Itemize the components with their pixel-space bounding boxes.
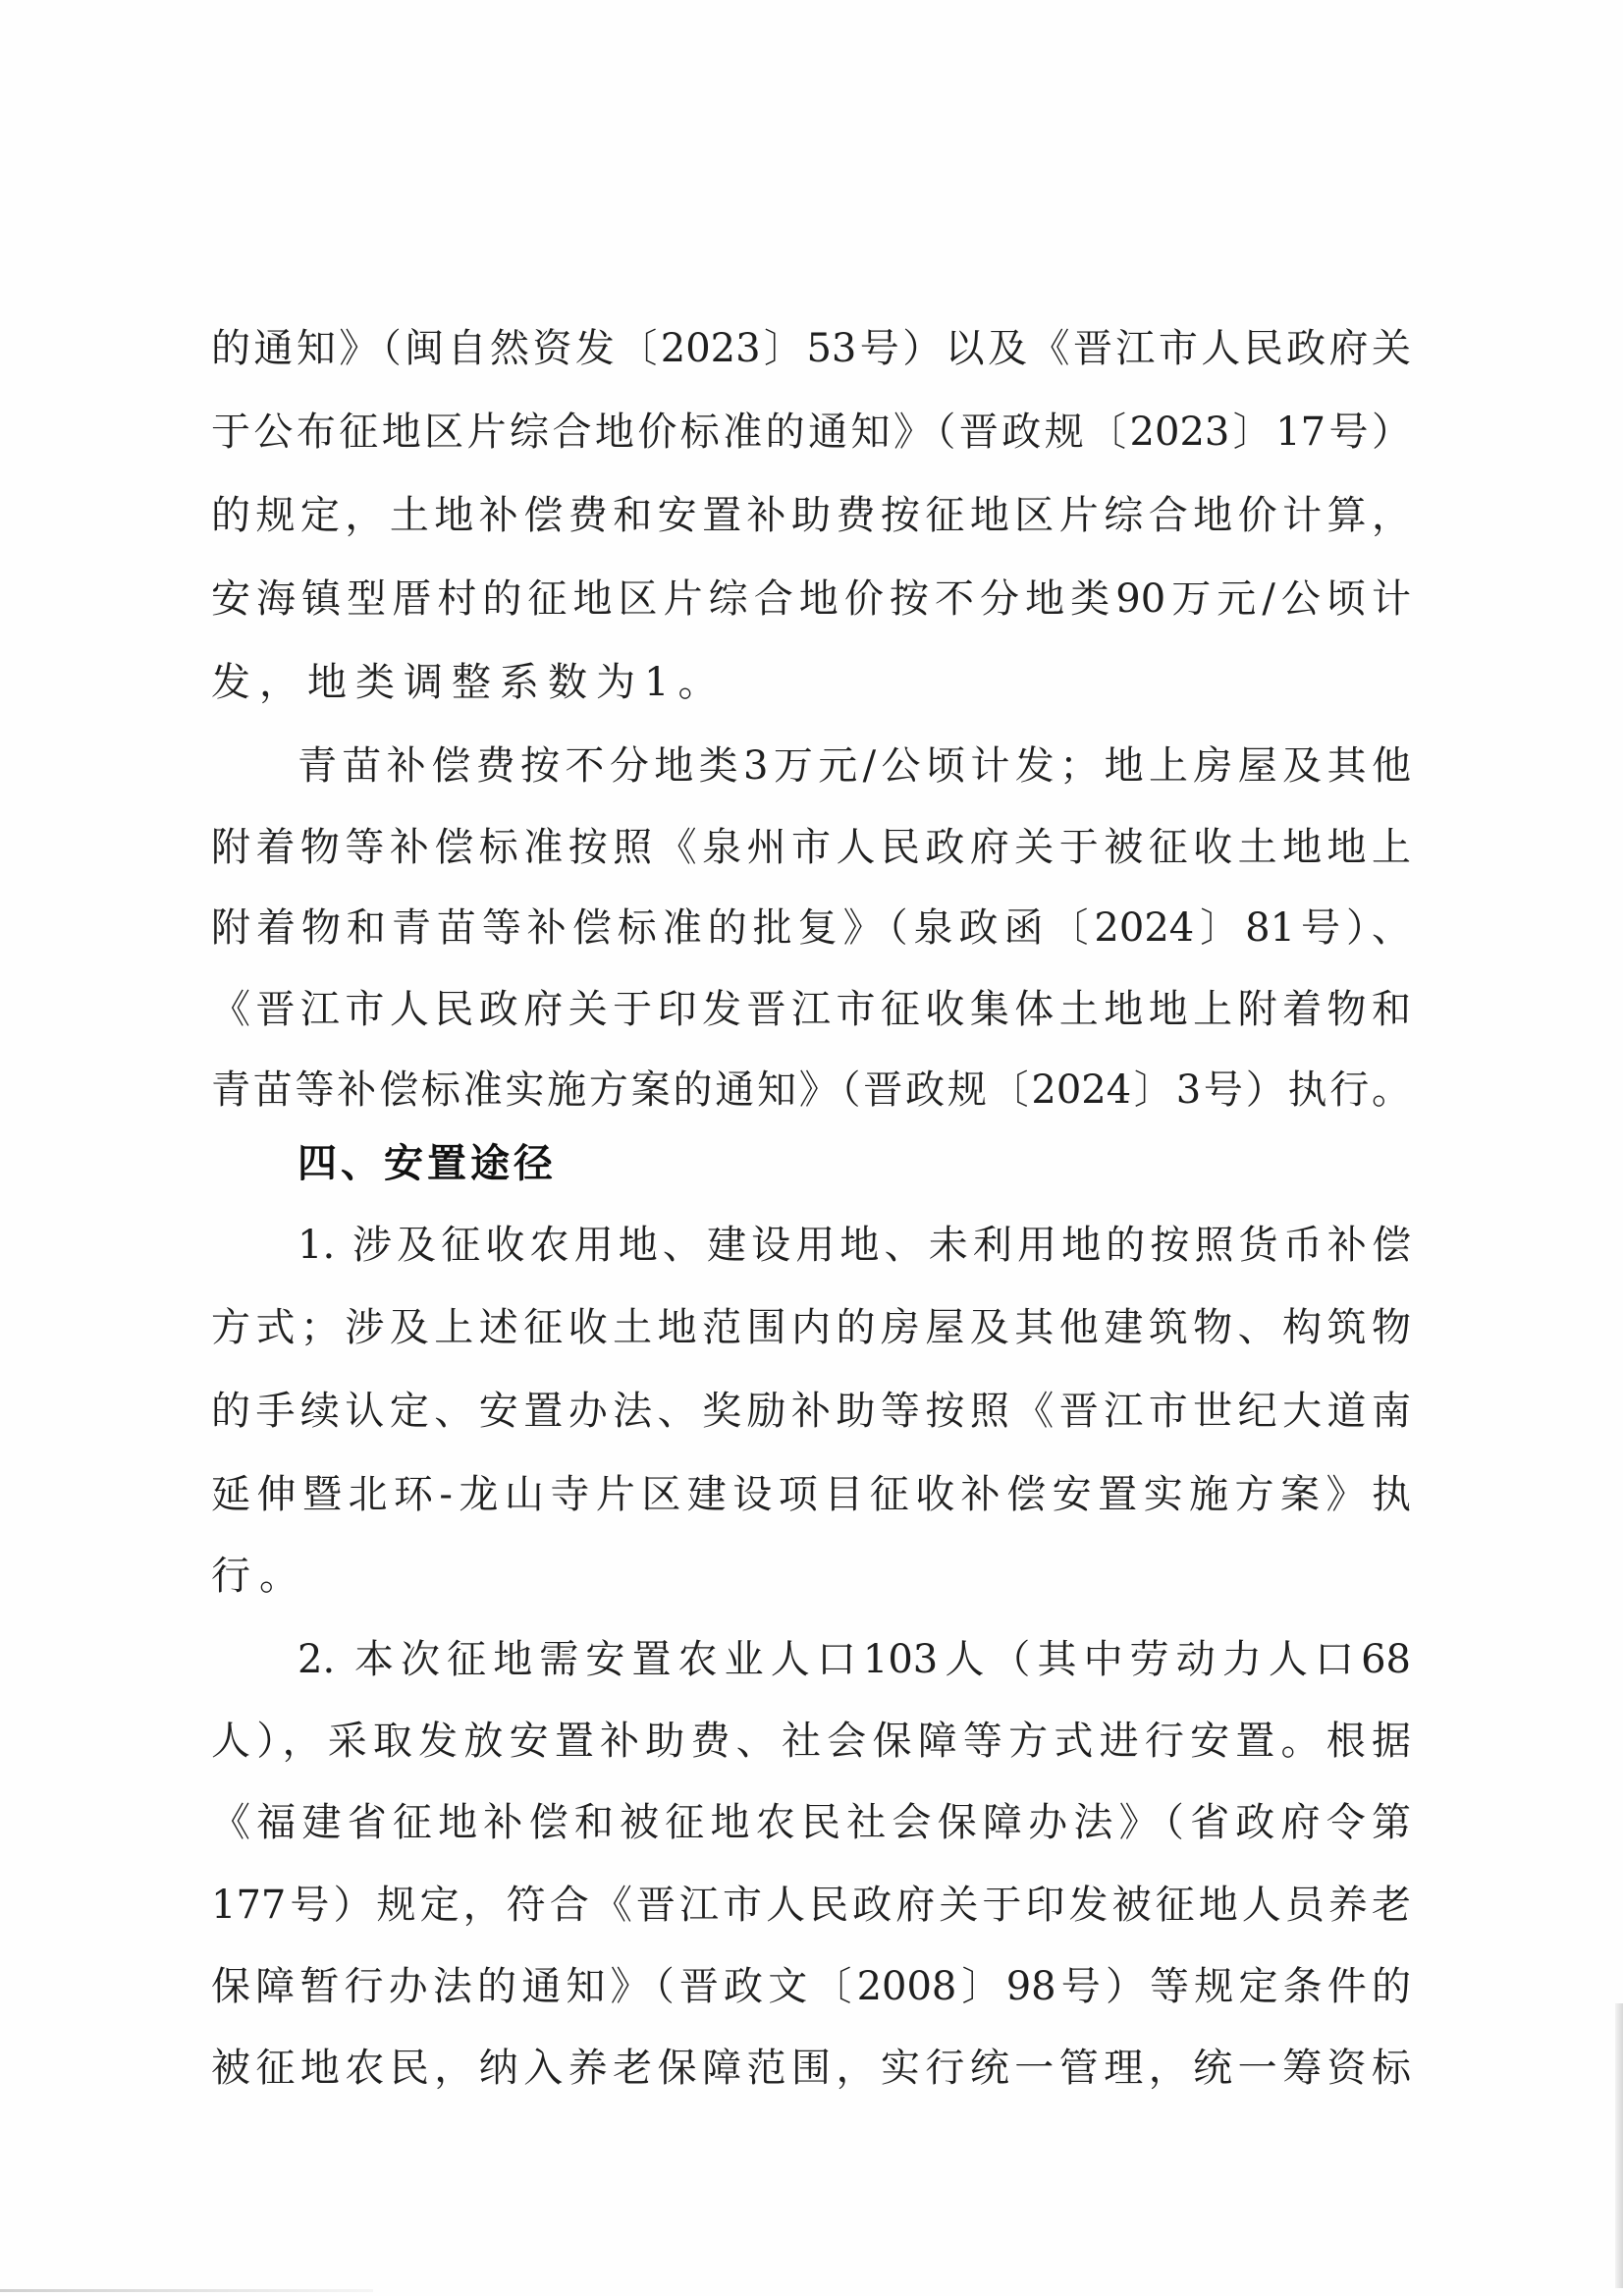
list-item-line: 方式；涉及上述征收土地范围内的房屋及其他建筑物、构筑物	[211, 1298, 1411, 1357]
paragraph-line: 青苗等补偿标准实施方案的通知》（晋政规〔2024〕3号）执行。	[211, 1061, 1411, 1120]
list-item-line: 延伸暨北环-龙山寺片区建设项目征收补偿安置实施方案》执	[211, 1465, 1411, 1524]
paragraph-line: 的通知》（闽自然资发〔2023〕53号）以及《晋江市人民政府关	[211, 319, 1411, 378]
paragraph-line: 安海镇型厝村的征地区片综合地价按不分地类90万元/公顷计	[211, 570, 1411, 629]
section-heading: 四、安置途径	[298, 1134, 557, 1193]
list-item-line: 行。	[211, 1547, 1411, 1606]
paragraph-line: 的规定，土地补偿费和安置补助费按征地区片综合地价计算，	[211, 486, 1411, 545]
list-item-line: 被征地农民，纳入养老保障范围，实行统一管理，统一筹资标	[211, 2039, 1411, 2098]
scan-edge-shadow	[1615, 2003, 1623, 2288]
list-item-line: 1. 涉及征收农用地、建设用地、未利用地的按照货币补偿	[298, 1216, 1411, 1275]
paragraph-line: 于公布征地区片综合地价标准的通知》（晋政规〔2023〕17号）	[211, 403, 1411, 462]
document-page: 的通知》（闽自然资发〔2023〕53号）以及《晋江市人民政府关 于公布征地区片综…	[0, 0, 1623, 2296]
list-item-line: 保障暂行办法的通知》（晋政文〔2008〕98号）等规定条件的	[211, 1957, 1411, 2016]
list-item-line: 的手续认定、安置办法、奖励补助等按照《晋江市世纪大道南	[211, 1382, 1411, 1441]
list-item-line: 177号）规定，符合《晋江市人民政府关于印发被征地人员养老	[211, 1876, 1411, 1935]
list-item-line: 2. 本次征地需安置农业人口103人（其中劳动力人口68	[298, 1630, 1411, 1689]
list-item-line: 人），采取发放安置补助费、社会保障等方式进行安置。根据	[211, 1712, 1411, 1771]
paragraph-line: 《晋江市人民政府关于印发晋江市征收集体土地地上附着物和	[211, 980, 1411, 1039]
scan-bottom-edge	[0, 2289, 373, 2292]
paragraph-line: 青苗补偿费按不分地类3万元/公顷计发；地上房屋及其他	[298, 737, 1411, 795]
paragraph-line: 附着物等补偿标准按照《泉州市人民政府关于被征收土地地上	[211, 818, 1411, 877]
paragraph-line: 发，地类调整系数为1。	[211, 653, 1411, 712]
paragraph-line: 附着物和青苗等补偿标准的批复》（泉政函〔2024〕81号）、	[211, 899, 1411, 957]
list-item-line: 《福建省征地补偿和被征地农民社会保障办法》（省政府令第	[211, 1793, 1411, 1852]
